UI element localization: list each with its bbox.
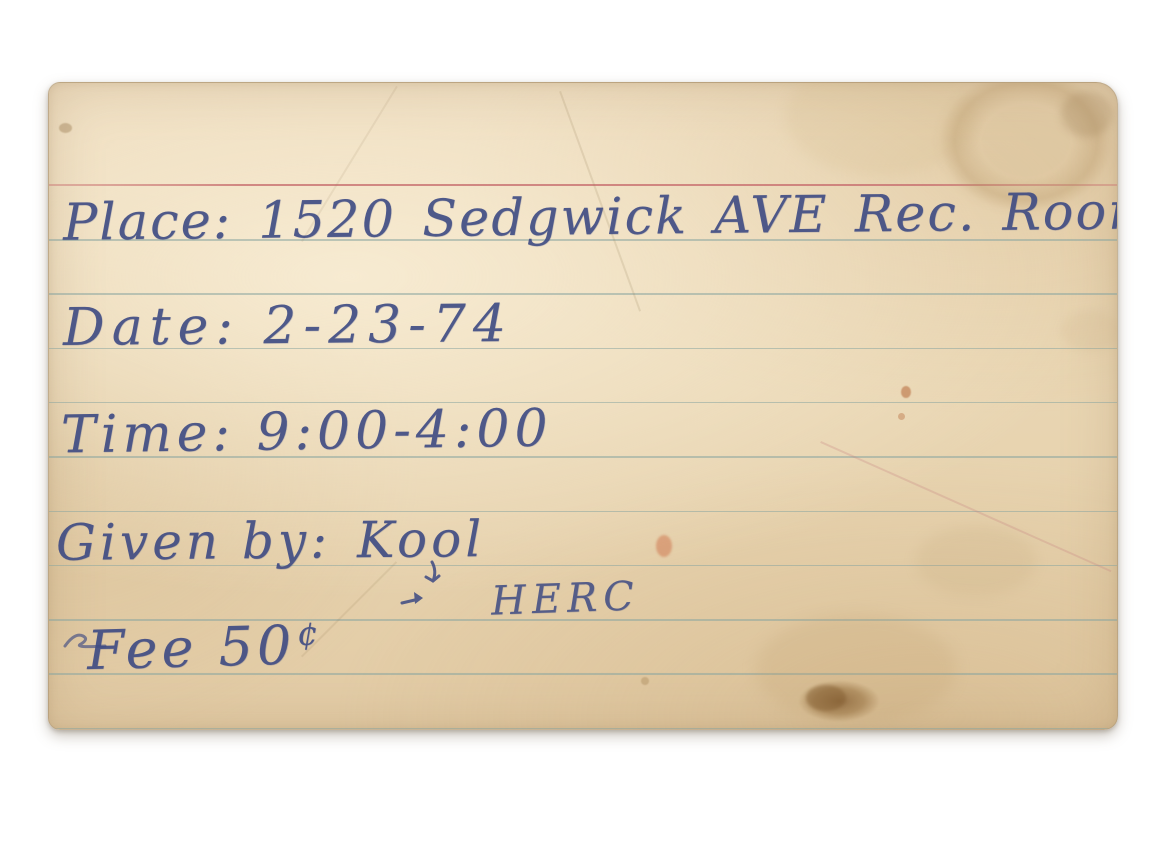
index-card: Place: 1520 Sedgwick AVE Rec. Room Date:…	[48, 82, 1118, 730]
red-ink-speck	[656, 535, 672, 557]
photo-background: Place: 1520 Sedgwick AVE Rec. Room Date:…	[0, 0, 1170, 844]
rust-speck-small	[898, 413, 905, 420]
given-by-label: Given by:	[56, 515, 331, 567]
water-stain-wash	[786, 82, 976, 176]
corner-stain	[1061, 91, 1113, 137]
blue-ruled-line	[49, 728, 1117, 730]
insertion-arrow-icon	[399, 559, 449, 615]
bottom-speck	[641, 677, 649, 685]
faint-stain-middle	[916, 526, 1036, 596]
stain-halo	[756, 614, 956, 724]
cent-sign: ¢	[297, 617, 323, 651]
handwritten-fee-line: Fee 50¢	[86, 618, 323, 678]
brown-blotch-core	[806, 685, 846, 711]
handwritten-time-line: Time: 9:00-4:00	[61, 403, 553, 462]
handwritten-herc-name: HERC	[490, 576, 640, 621]
brown-blotch-stain	[784, 673, 894, 729]
handwritten-place-line: Place: 1520 Sedgwick AVE Rec. Room	[63, 186, 1118, 248]
given-by-name: Kool	[357, 514, 486, 565]
fee-amount: Fee 50	[86, 614, 296, 682]
blue-ruled-line	[49, 293, 1117, 295]
handwritten-date-line: Date: 2-23-74	[63, 298, 513, 354]
rust-speck	[901, 386, 911, 398]
top-left-speck	[59, 123, 72, 133]
pink-scratch-crease	[820, 441, 1111, 572]
faint-stain-right	[1061, 311, 1118, 351]
